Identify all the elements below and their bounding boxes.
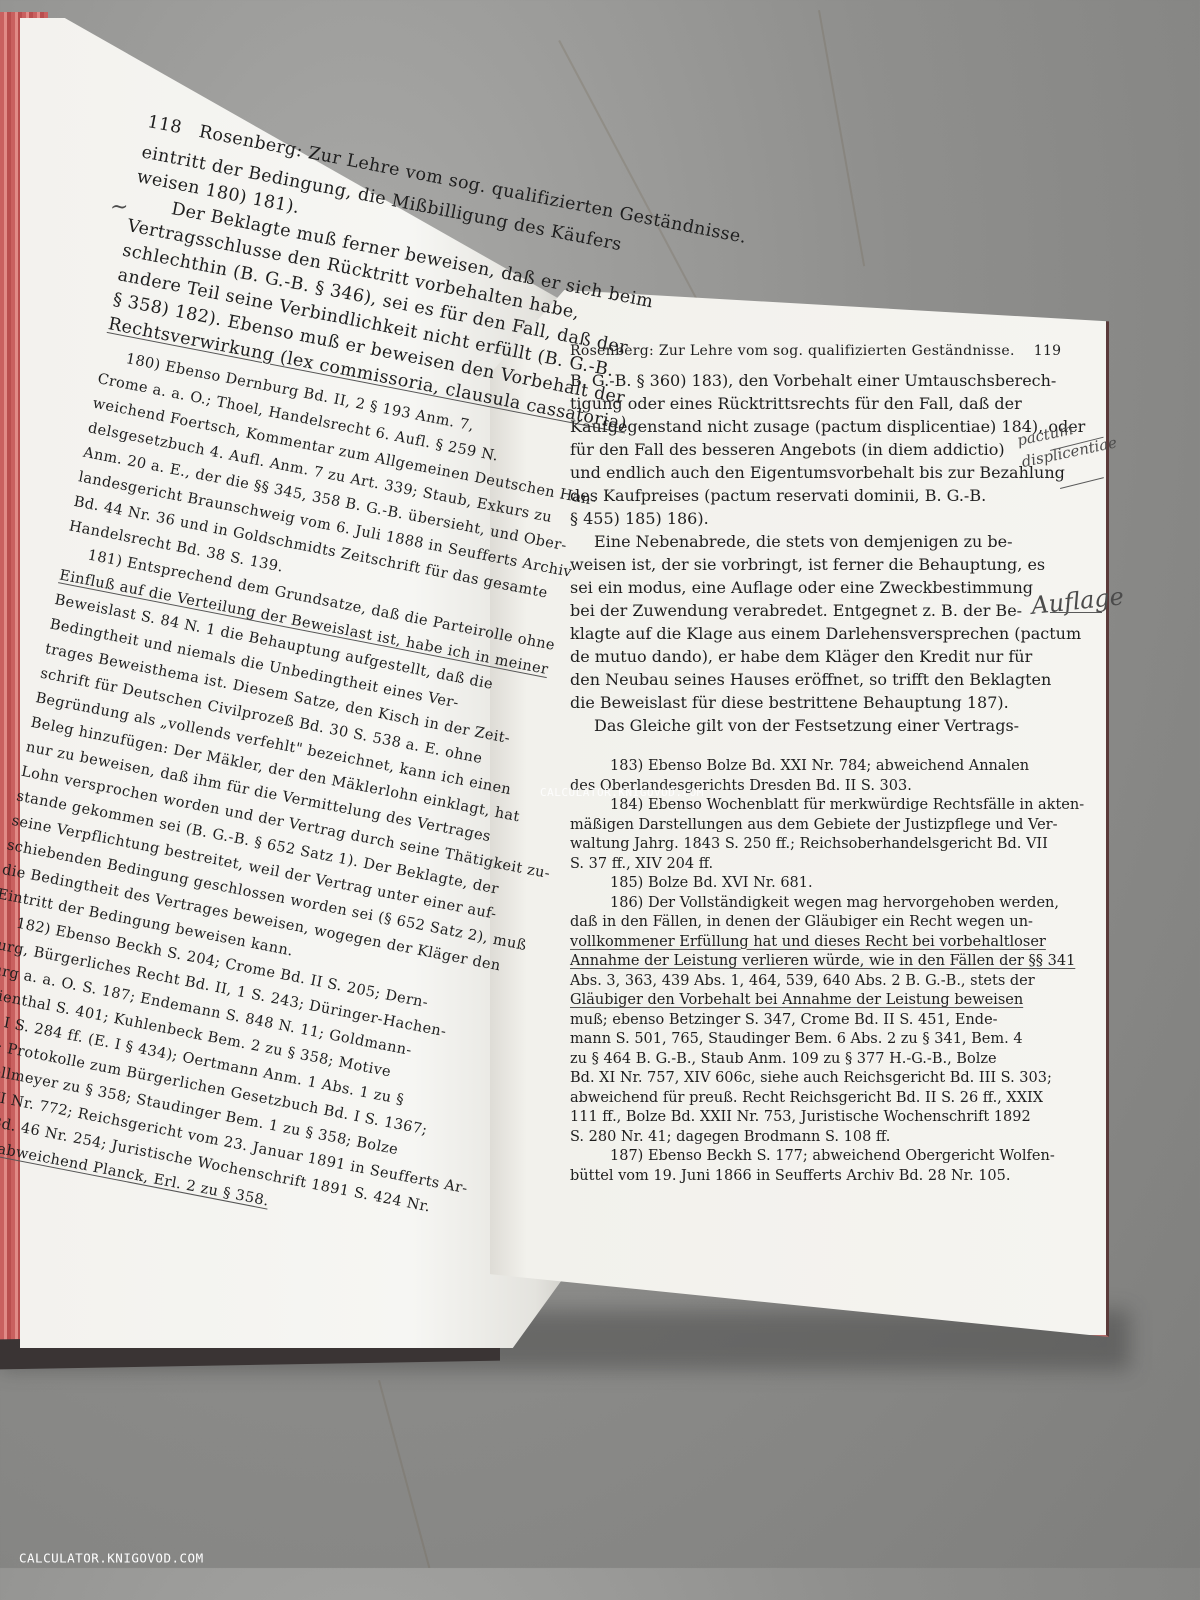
footnote-line: 186) Der Vollständigkeit wegen mag hervo…: [570, 894, 1085, 914]
body-line: Das Gleiche gilt von der Festsetzung ein…: [570, 714, 1085, 737]
footnote-line: daß in den Fällen, in denen der Gläubige…: [570, 913, 1085, 933]
right-running-head: Rosenberg: Zur Lehre vom sog. qualifizie…: [570, 340, 1085, 363]
body-line: den Neubau seines Hauses eröffnet, so tr…: [570, 668, 1085, 691]
footnote-line: S. 37 ff., XIV 204 ff.: [570, 855, 1085, 875]
body-line: § 455) 185) 186).: [570, 507, 1085, 530]
footnote-line: Abs. 3, 363, 439 Abs. 1, 464, 539, 640 A…: [570, 972, 1085, 992]
watermark: CALCULATOR.KNIGOVOD.COM: [19, 1551, 204, 1566]
body-line: sei ein modus, eine Auflage oder eine Zw…: [570, 576, 1085, 599]
margin-mark: ~: [110, 195, 128, 220]
marble-vein: [818, 10, 865, 266]
footnote-line: vollkommener Erfüllung hat und dieses Re…: [570, 933, 1085, 953]
right-page-text: Rosenberg: Zur Lehre vom sog. qualifizie…: [570, 340, 1085, 1186]
body-line: klagte auf die Klage aus einem Darlehens…: [570, 622, 1085, 645]
body-line: Eine Nebenabrede, die stets von demjenig…: [570, 530, 1085, 553]
body-line: des Kaufpreises (pactum reservati domini…: [570, 484, 1085, 507]
body-line: weisen ist, der sie vorbringt, ist ferne…: [570, 553, 1085, 576]
body-line: tigung oder eines Rücktrittsrechts für d…: [570, 392, 1085, 415]
body-line: Kaufgegenstand nicht zusage (pactum disp…: [570, 415, 1085, 438]
footnote-line: 183) Ebenso Bolze Bd. XXI Nr. 784; abwei…: [570, 757, 1085, 777]
footnote-line: mann S. 501, 765, Staudinger Bem. 6 Abs.…: [570, 1030, 1085, 1050]
watermark-overlay: CALCULATOR.KNIGOVOD.COM: [540, 786, 704, 799]
footnote-line: Annahme der Leistung verlieren würde, wi…: [570, 952, 1085, 972]
footnote-line: abweichend für preuß. Recht Reichsgerich…: [570, 1089, 1085, 1109]
footnote-line: Gläubiger den Vorbehalt bei Annahme der …: [570, 991, 1085, 1011]
footnote-line: muß; ebenso Betzinger S. 347, Crome Bd. …: [570, 1011, 1085, 1031]
footnote-line: 185) Bolze Bd. XVI Nr. 681.: [570, 874, 1085, 894]
footnote-line: büttel vom 19. Juni 1866 in Seufferts Ar…: [570, 1167, 1085, 1187]
footnote-line: 111 ff., Bolze Bd. XXII Nr. 753, Juristi…: [570, 1108, 1085, 1128]
right-running-head-title: Rosenberg: Zur Lehre vom sog. qualifizie…: [570, 343, 1015, 359]
body-line: de mutuo dando), er habe dem Kläger den …: [570, 645, 1085, 668]
body-line: und endlich auch den Eigentumsvorbehalt …: [570, 461, 1085, 484]
body-line: für den Fall des besseren Angebots (in d…: [570, 438, 1085, 461]
left-page-number: 118: [146, 112, 184, 138]
body-line: B. G.-B. § 360) 183), den Vorbehalt eine…: [570, 369, 1085, 392]
body-line: bei der Zuwendung verabredet. Entgegnet …: [570, 599, 1085, 622]
footnote-line: Bd. XI Nr. 757, XIV 606c, siehe auch Rei…: [570, 1069, 1085, 1089]
footnote-line: 187) Ebenso Beckh S. 177; abweichend Obe…: [570, 1147, 1085, 1167]
pencil-stroke: [1050, 612, 1102, 613]
right-page-number: 119: [1034, 343, 1062, 359]
body-line: die Beweislast für diese bestrittene Beh…: [570, 691, 1085, 714]
footnote-line: mäßigen Darstellungen aus dem Gebiete de…: [570, 816, 1085, 836]
footnote-line: S. 280 Nr. 41; dagegen Brodmann S. 108 f…: [570, 1128, 1085, 1148]
footnote-line: waltung Jahrg. 1843 S. 250 ff.; Reichsob…: [570, 835, 1085, 855]
marble-vein: [378, 1380, 437, 1568]
footnote-line: zu § 464 B. G.-B., Staub Anm. 109 zu § 3…: [570, 1050, 1085, 1070]
